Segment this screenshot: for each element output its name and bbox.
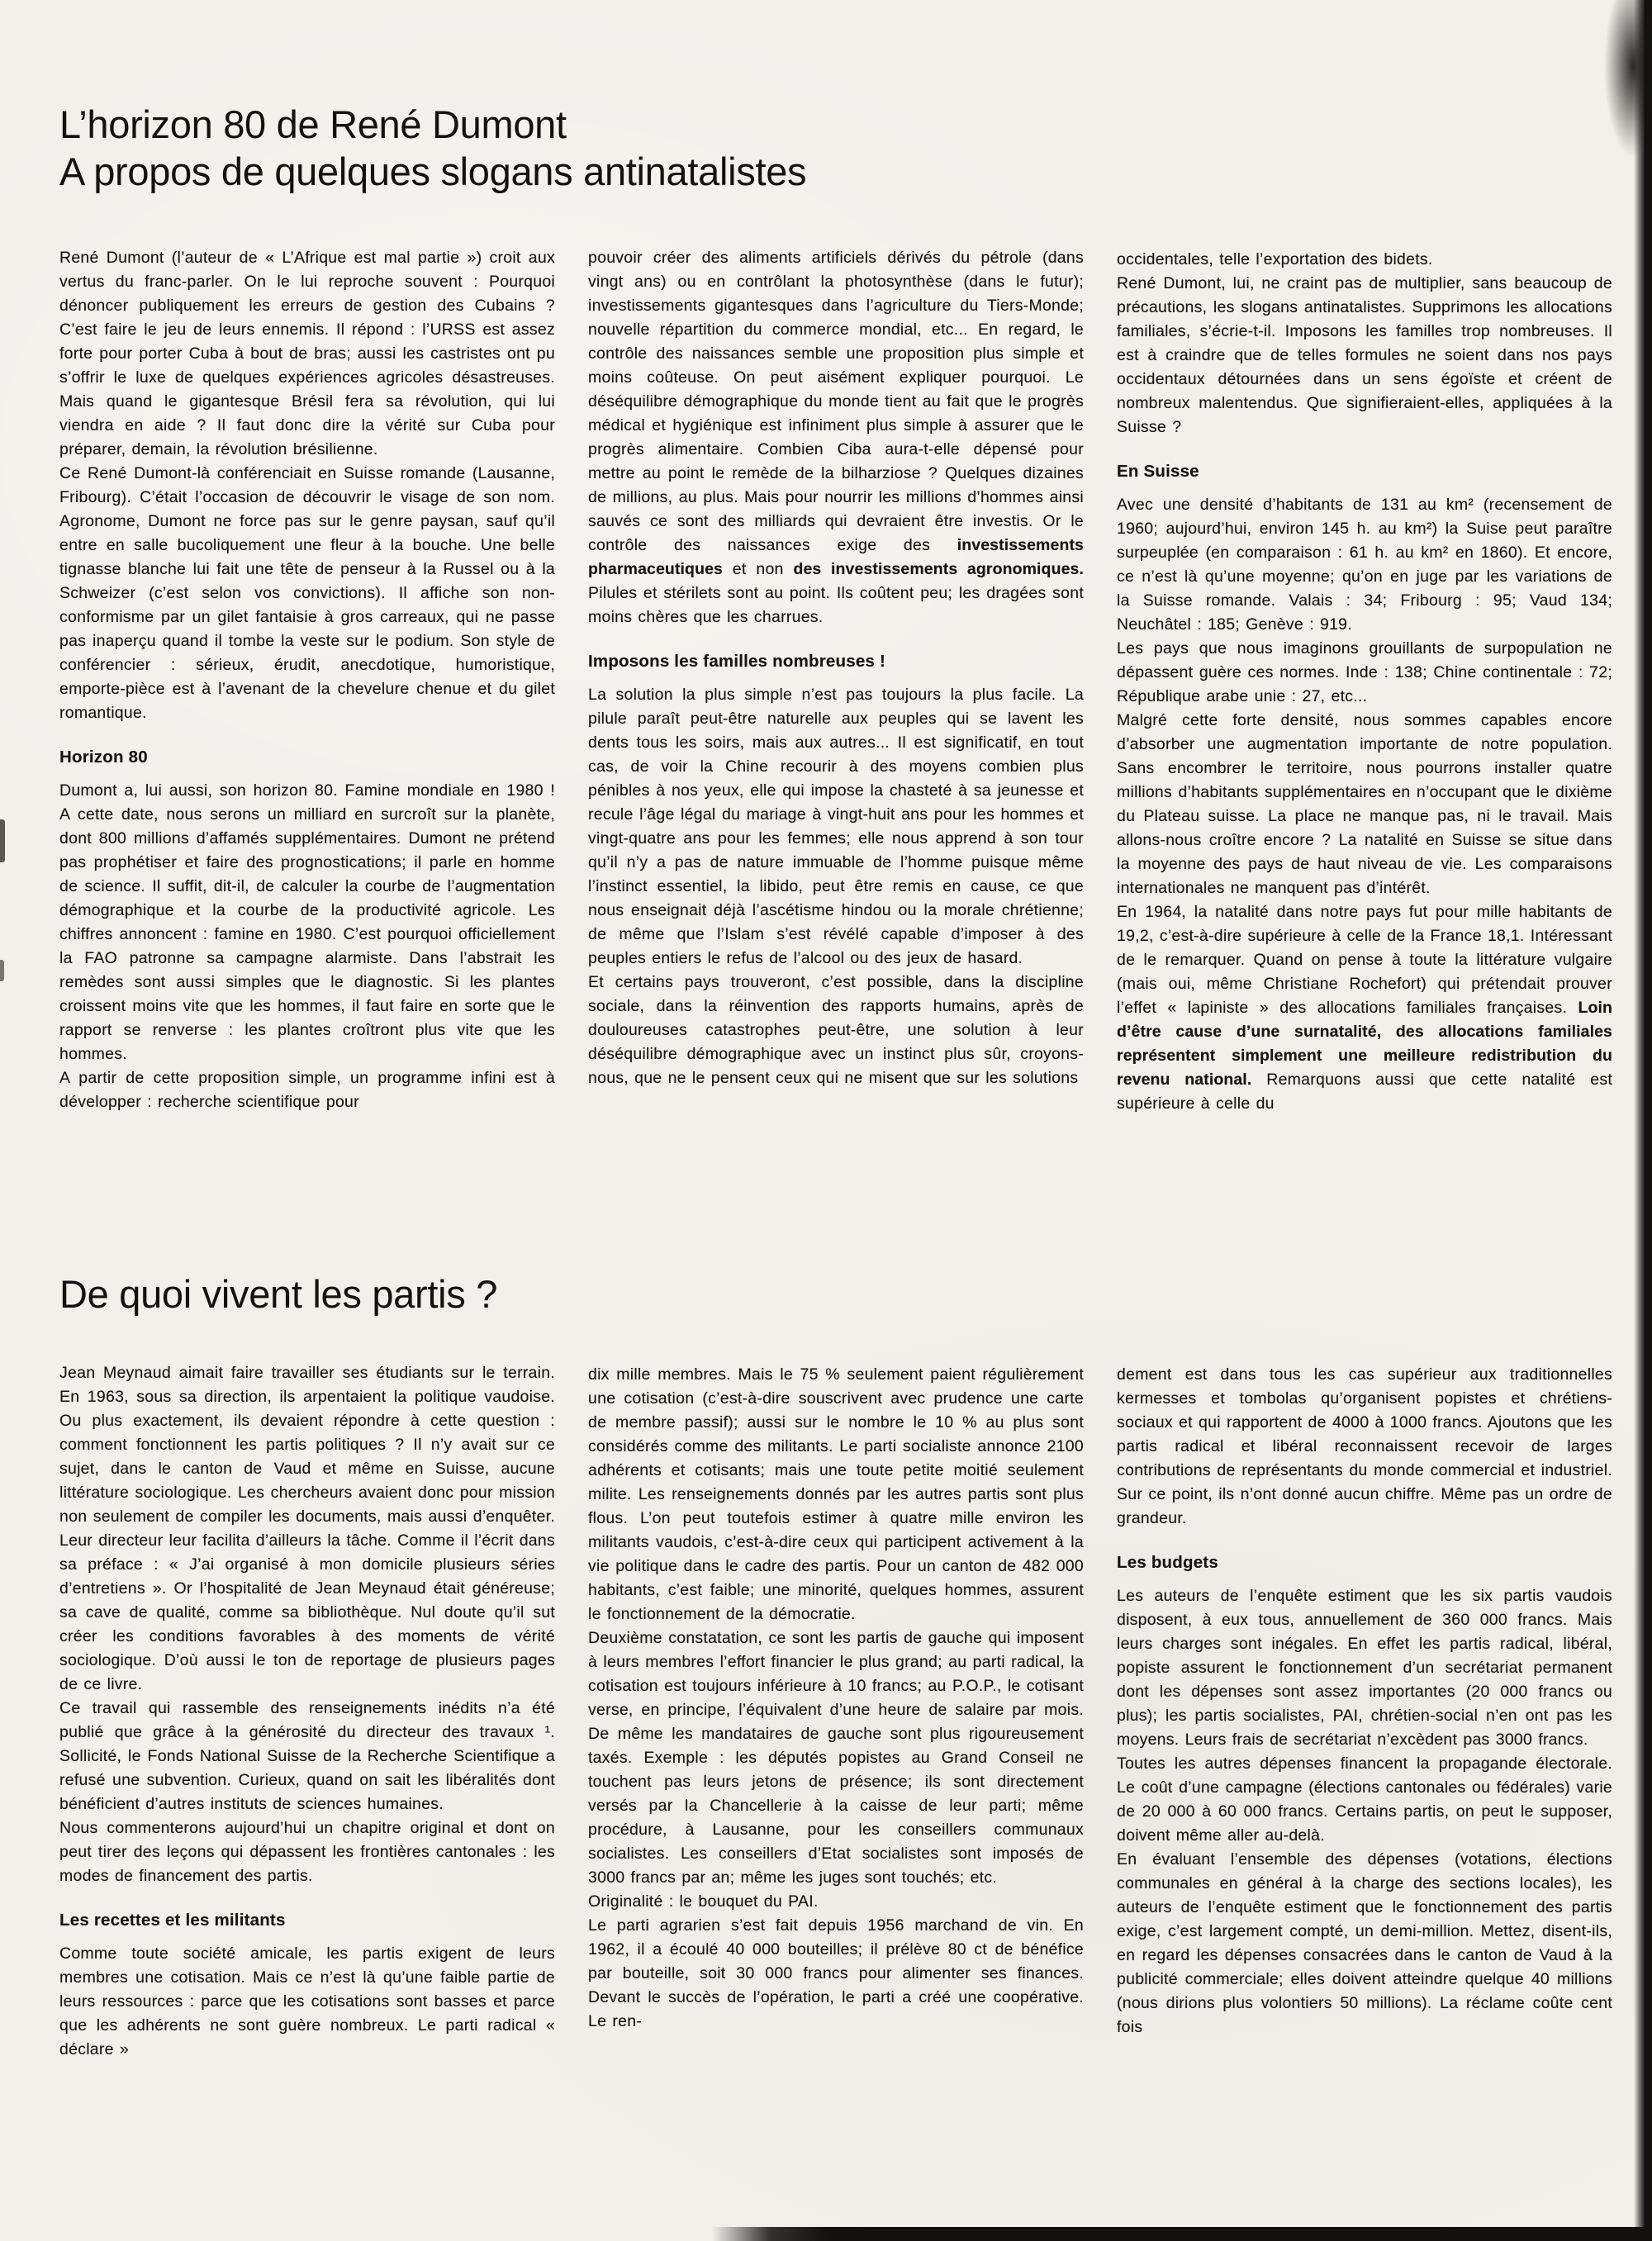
scan-artifact-bottom-edge	[712, 2227, 1652, 2241]
scan-artifact-left-tick-2	[0, 960, 4, 981]
scanned-newspaper-page: { "colors": { "paper": "#f2f0eb", "ink":…	[0, 0, 1652, 2241]
paragraph: Avec une densité d’habitants de 131 au k…	[1117, 493, 1612, 637]
article1-column-2: pouvoir créer des aliments artificiels d…	[588, 246, 1084, 1090]
scan-artifact-right-edge-core	[1645, 0, 1652, 2241]
paragraph: Deuxième constatation, ce sont les parti…	[588, 1626, 1084, 1890]
article2-title: De quoi vivent les partis ?	[59, 1270, 497, 1318]
paragraph: René Dumont, lui, ne craint pas de multi…	[1117, 272, 1612, 439]
paragraph: dement est dans tous les cas supérieur a…	[1117, 1363, 1612, 1531]
article2-column-3: dement est dans tous les cas supérieur a…	[1117, 1363, 1612, 2039]
paragraph: Les pays que nous imaginons grouillants …	[1117, 637, 1612, 709]
paragraph: Malgré cette forte densité, nous sommes …	[1117, 709, 1612, 900]
article1-column-3: occidentales, telle l’exportation des bi…	[1117, 248, 1612, 1116]
article2-column-1: Jean Meynaud aimait faire travailler ses…	[59, 1361, 555, 2062]
article1-title: L’horizon 80 de René Dumont A propos de …	[59, 101, 806, 195]
paragraph: dix mille membres. Mais le 75 % seulemen…	[588, 1363, 1084, 1626]
paragraph: Toutes les autres dépenses financent la …	[1117, 1752, 1612, 1848]
paragraph: La solution la plus simple n’est pas tou…	[588, 683, 1084, 971]
section-heading: Les budgets	[1117, 1553, 1612, 1573]
paragraph: Dumont a, lui aussi, son horizon 80. Fam…	[59, 779, 555, 1066]
section-heading: En Suisse	[1117, 462, 1612, 482]
article1-title-line2: A propos de quelques slogans antinatalis…	[59, 148, 806, 195]
paragraph: Nous commenterons aujourd’hui un chapitr…	[59, 1816, 555, 1888]
scan-artifact-left-tick-1	[0, 819, 5, 862]
paragraph: Et certains pays trouveront, c’est possi…	[588, 971, 1084, 1090]
article1-column-1: René Dumont (l’auteur de « L’Afrique est…	[59, 246, 555, 1114]
paragraph: En évaluant l’ensemble des dépenses (vot…	[1117, 1848, 1612, 2039]
article2-title-line1: De quoi vivent les partis ?	[59, 1270, 497, 1318]
paragraph: Ce travail qui rassemble des renseigneme…	[59, 1697, 555, 1816]
article2-column-2: dix mille membres. Mais le 75 % seulemen…	[588, 1363, 1084, 2034]
paragraph: Originalité : le bouquet du PAI.	[588, 1890, 1084, 1914]
section-heading: Horizon 80	[59, 748, 555, 767]
article1-title-line1: L’horizon 80 de René Dumont	[59, 101, 806, 148]
paragraph: pouvoir créer des aliments artificiels d…	[588, 246, 1084, 629]
paragraph: Le parti agrarien s’est fait depuis 1956…	[588, 1914, 1084, 2034]
paragraph: Les auteurs de l’enquête estiment que le…	[1117, 1584, 1612, 1752]
paragraph: A partir de cette proposition simple, un…	[59, 1066, 555, 1114]
section-heading: Les recettes et les militants	[59, 1911, 555, 1930]
paragraph: René Dumont (l’auteur de « L’Afrique est…	[59, 246, 555, 462]
section-heading: Imposons les familles nombreuses !	[588, 652, 1084, 672]
paragraph: occidentales, telle l’exportation des bi…	[1117, 248, 1612, 272]
scan-artifact-top-right-blob	[1604, 0, 1652, 157]
paragraph: Jean Meynaud aimait faire travailler ses…	[59, 1361, 555, 1697]
paragraph: En 1964, la natalité dans notre pays fut…	[1117, 900, 1612, 1116]
paragraph: Comme toute société amicale, les partis …	[59, 1942, 555, 2062]
paragraph: Ce René Dumont-là conférenciait en Suiss…	[59, 462, 555, 725]
